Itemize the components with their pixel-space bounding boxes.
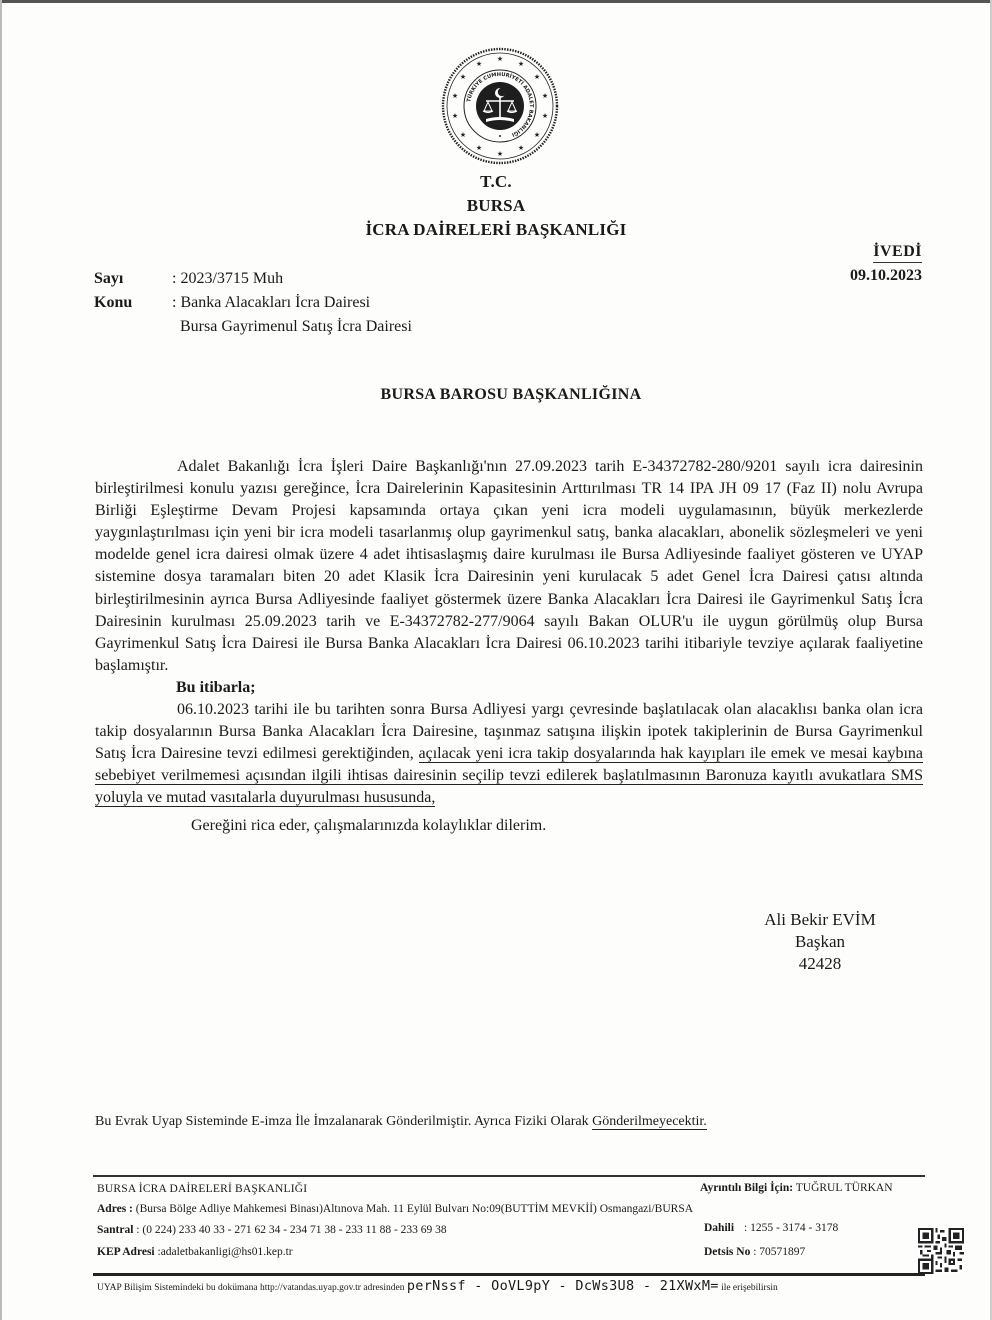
svg-text:★: ★	[452, 92, 458, 100]
svg-text:★: ★	[518, 144, 524, 152]
detsis-value: : 70571897	[750, 1246, 805, 1258]
detsis-label: Detsis No	[704, 1246, 750, 1258]
closing-line: Gereğini rica eder, çalışmalarınızda kol…	[95, 815, 923, 837]
verification-suffix: ile erişebilirsin	[719, 1283, 778, 1293]
signatory-number: 42428	[760, 953, 880, 975]
sayi-value: : 2023/3715 Muh	[172, 267, 283, 291]
footer-phone: Santral : (0 224) 233 40 33 - 271 62 34 …	[97, 1224, 447, 1236]
verification-code: perNssf - OoVL9pY - DcWs3U8 - 21XWxM=	[407, 1278, 719, 1294]
esign-notice: Bu Evrak Uyap Sisteminde E-imza İle İmza…	[95, 1114, 707, 1130]
konu-value-1: : Banka Alacakları İcra Dairesi	[172, 291, 370, 315]
svg-text:★: ★	[534, 131, 540, 139]
footer-detsis: Detsis No : 70571897	[704, 1246, 805, 1258]
svg-text:★: ★	[476, 144, 482, 152]
svg-text:★: ★	[518, 60, 524, 68]
footer-bottom-rule	[93, 1273, 925, 1276]
svg-text:★: ★	[542, 92, 548, 100]
kep-label: KEP Adresi	[97, 1246, 155, 1258]
paragraph-1: Adalet Bakanlığı İcra İşleri Daire Başka…	[95, 456, 923, 677]
verification-line: UYAP Bilişim Sistemindeki bu dokümana ht…	[97, 1278, 778, 1294]
footer-kep: KEP Adresi :adaletbakanligi@hs01.kep.tr	[97, 1246, 293, 1258]
header-tc: T.C.	[0, 172, 992, 192]
extension-value: : 1255 - 3174 - 3178	[744, 1222, 838, 1234]
esign-notice-text: Bu Evrak Uyap Sisteminde E-imza İle İmza…	[95, 1114, 592, 1129]
svg-text:★: ★	[534, 73, 540, 81]
svg-text:★: ★	[497, 55, 503, 63]
phone-value: : (0 224) 233 40 33 - 271 62 34 - 234 71…	[133, 1224, 446, 1236]
paragraph-2: 06.10.2023 tarihi ile bu tarihten sonra …	[95, 699, 923, 809]
kep-value: :adaletbakanligi@hs01.kep.tr	[155, 1246, 293, 1258]
ministry-seal-icon: ★★★ ★★★ ★★★ ★★★ ★★ TÜRKİYE CUMHURİYETİ A…	[440, 46, 560, 166]
footer-top-rule	[93, 1175, 925, 1177]
footer-contact: Ayrıntılı Bilgi İçin: TUĞRUL TÜRKAN	[700, 1182, 893, 1194]
header-office: İCRA DAİRELERİ BAŞKANLIĞI	[0, 220, 992, 240]
verification-prefix: UYAP Bilişim Sistemindeki bu dokümana ht…	[97, 1283, 407, 1293]
signatory-name: Ali Bekir EVİM	[740, 909, 900, 931]
footer-address: Adres : (Bursa Bölge Adliye Mahkemesi Bi…	[97, 1203, 693, 1215]
contact-label: Ayrıntılı Bilgi İçin:	[700, 1182, 793, 1194]
phone-label: Santral	[97, 1224, 133, 1236]
document-date: 09.10.2023	[850, 267, 922, 285]
bu-itibarla: Bu itibarla;	[95, 677, 923, 699]
konu-value-2: Bursa Gayrimenul Satış İcra Dairesi	[94, 315, 412, 339]
qr-code-icon	[918, 1228, 964, 1274]
sayi-label: Sayı	[94, 267, 172, 291]
urgency-label: İVEDİ	[873, 243, 922, 263]
addressee: BURSA BAROSU BAŞKANLIĞINA	[0, 386, 992, 404]
contact-value: TUĞRUL TÜRKAN	[793, 1182, 892, 1194]
signatory-title: Başkan	[760, 931, 880, 953]
footer-office: BURSA İCRA DAİRELERİ BAŞKANLIĞI	[97, 1183, 307, 1195]
address-label: Adres :	[97, 1203, 133, 1215]
svg-text:★: ★	[460, 73, 466, 81]
document-meta: Sayı : 2023/3715 Muh Konu : Banka Alacak…	[94, 267, 412, 339]
svg-text:★: ★	[542, 112, 548, 120]
urgency-block: İVEDİ 09.10.2023	[850, 243, 922, 285]
svg-text:★: ★	[452, 112, 458, 120]
header-city: BURSA	[0, 196, 992, 216]
extension-label: Dahili	[704, 1222, 744, 1234]
footer-extension: Dahili: 1255 - 3174 - 3178	[704, 1222, 838, 1234]
svg-text:★: ★	[476, 60, 482, 68]
esign-notice-underlined: Gönderilmeyecektir.	[592, 1114, 707, 1130]
konu-label: Konu	[94, 291, 172, 315]
scan-top-edge	[0, 0, 992, 3]
address-value: (Bursa Bölge Adliye Mahkemesi Binası)Alt…	[133, 1203, 693, 1215]
signature-block: Ali Bekir EVİM Başkan 42428	[760, 909, 880, 975]
letter-body: Adalet Bakanlığı İcra İşleri Daire Başka…	[95, 456, 923, 837]
svg-text:★: ★	[460, 131, 466, 139]
svg-text:★: ★	[497, 150, 503, 158]
